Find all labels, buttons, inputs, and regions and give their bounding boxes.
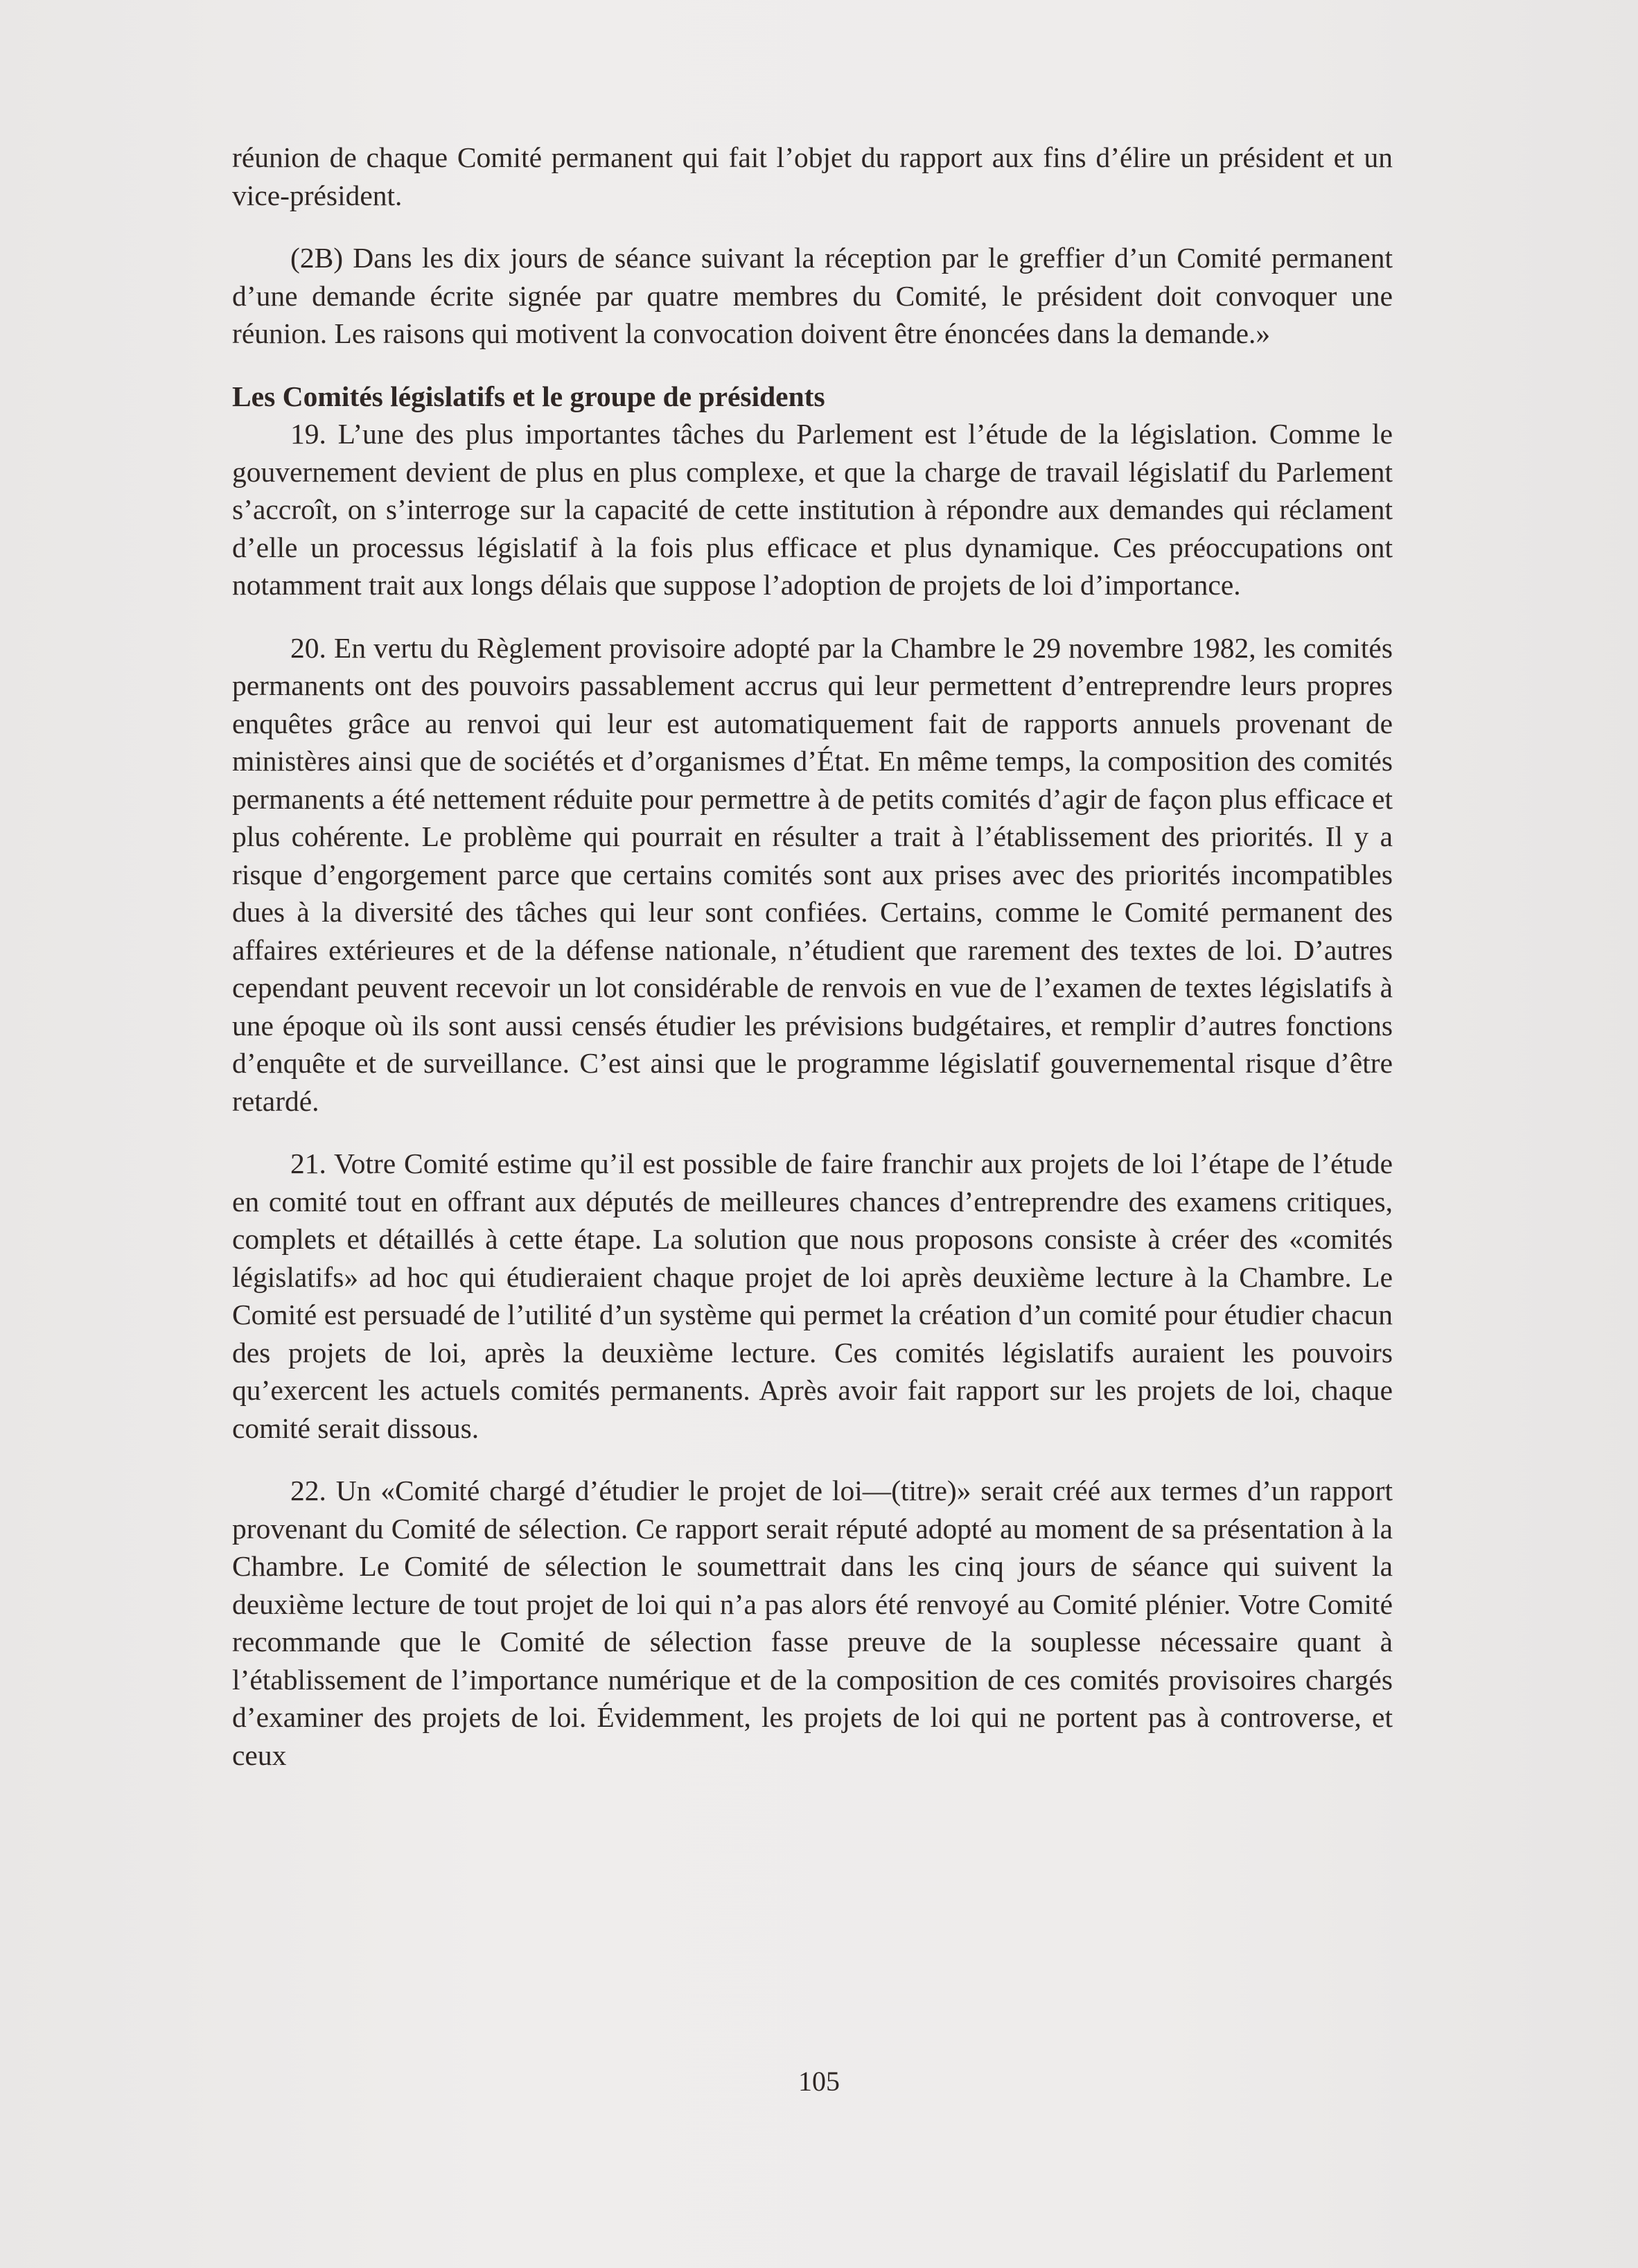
paragraph-19: 19. L’une des plus importantes tâches du… — [232, 415, 1393, 604]
paragraph-20: 20. En vertu du Règlement provisoire ado… — [232, 629, 1393, 1120]
paragraph-gap — [232, 353, 1393, 378]
paragraph-22: 22. Un «Comité chargé d’étudier le proje… — [232, 1472, 1393, 1774]
paragraph-2b: (2B) Dans les dix jours de séance suivan… — [232, 239, 1393, 353]
paragraph-continuation: réunion de chaque Comité permanent qui f… — [232, 139, 1393, 214]
body-text: réunion de chaque Comité permanent qui f… — [232, 139, 1393, 1774]
document-page: réunion de chaque Comité permanent qui f… — [0, 0, 1638, 2268]
paragraph-21: 21. Votre Comité estime qu’il est possib… — [232, 1145, 1393, 1447]
paragraph-gap — [232, 1447, 1393, 1472]
page-number: 105 — [0, 2065, 1638, 2098]
paragraph-gap — [232, 604, 1393, 629]
paragraph-gap — [232, 214, 1393, 239]
section-heading: Les Comités législatifs et le groupe de … — [232, 378, 1393, 416]
paragraph-gap — [232, 1120, 1393, 1145]
